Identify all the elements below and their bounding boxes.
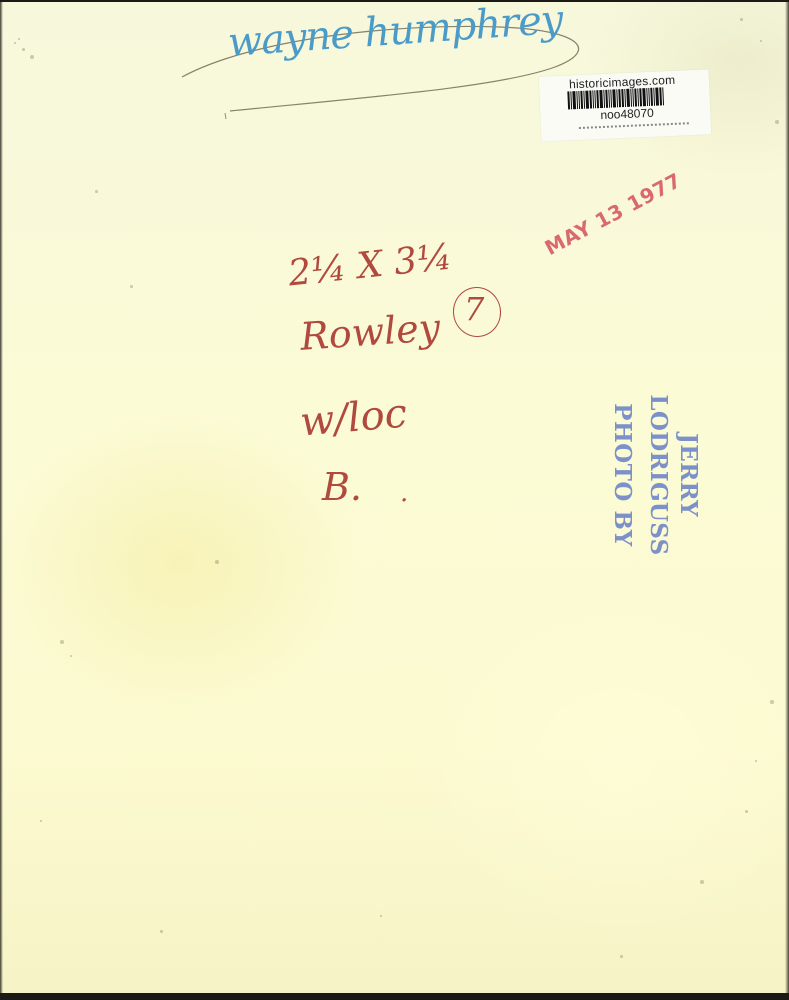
note-circled-number: 7 xyxy=(464,290,484,328)
sticker-cut-text-fragment xyxy=(579,122,689,131)
note-initials: B. xyxy=(322,465,362,509)
photographer-credit-stamp: PHOTO BY JERRY LODRIGUSS xyxy=(625,365,715,585)
right-edge-shadow xyxy=(785,2,789,993)
barcode-sticker: historicimages.com noo48070 xyxy=(539,69,712,141)
note-dot: . xyxy=(400,478,408,508)
left-edge-shadow xyxy=(0,2,3,993)
credit-line-photo-by: PHOTO BY xyxy=(607,365,637,585)
note-with: w/loc xyxy=(298,390,409,445)
sticker-id: noo48070 xyxy=(600,106,654,122)
credit-line-photographer: JERRY LODRIGUSS xyxy=(643,365,703,585)
